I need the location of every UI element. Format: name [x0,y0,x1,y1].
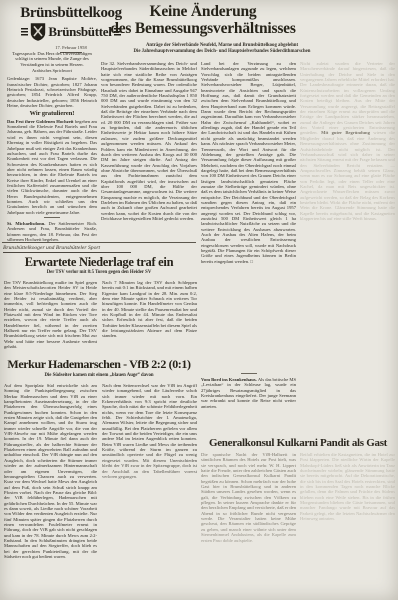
sport-section-label: Brunsbüttelkooger und Brunsbütteler Spor… [3,245,131,253]
item-divider [44,217,60,218]
column-3-text-2: wiesen die Mitglieder darauf hin, daß ei… [300,130,395,221]
ornament-left-icon [21,28,28,36]
column-2-brief-text: Als das britische MS „Leviathan“ in der … [201,377,296,409]
gast-column-1: Die spanische Nacht der VfB-Halbzeit in … [201,452,296,595]
sport2-column-2: Nach dem Seitenwechsel war der VfB im An… [102,383,197,596]
column-3-bold-lead: Mit guter Begründung [321,130,373,135]
sport2-subhead: Die Südseiter kamen mit einem „blauen Au… [0,373,198,378]
gast-headline: Generalkonsul Kulkarni Pandit als Gast [200,437,396,449]
coat-of-arms-icon [30,22,46,42]
item-divider [241,373,257,374]
tagesspruch-source: Arabisches Sprichwort [7,68,97,73]
left-column: Tagesspruch: Das Herz des Unverständigen… [7,51,97,242]
main-headline: Keine Änderung des Bemessungsverhältniss… [98,3,308,37]
sport-section-rule [2,242,196,243]
main-headline-line1: Keine Änderung [98,3,308,20]
tagesspruch: Tagesspruch: Das Herz des Unverständigen… [7,51,97,67]
left-brief-1: St. Michaelisdonn. Der Sattlermeister Ri… [7,221,97,242]
main-article-column-3: Nicht zuletzt wurden die Vertreter der M… [300,61,395,433]
gratulieren-paragraph: Das Fest ihrer Goldenen Hochzeit begehen… [7,119,97,215]
column-2-brief-lead: Vom Bord ins Krankenhaus. [201,377,258,382]
newspaper-page: Brünsbüttelkoog Brünsbüttel 17. Februar … [0,0,398,600]
gratulieren-text: begehen am Sonnabend die Eheleute Paul B… [7,119,97,215]
gratulieren-heading: Wir gratulieren! [7,111,97,116]
gratulieren-lead: Das Fest ihrer Goldenen Hochzeit [7,119,75,124]
sport1-column-2: Nach 7 Minuten lag der TSV durch Schlepp… [102,280,197,355]
gast-column-2: Beifall erhielten die Kastagnetten, die … [300,452,395,595]
main-headline-line2: des Bemessungsverhältnisses [98,20,308,37]
main-subhead-line2: Die Jahreshauptversammlung des Deich- un… [92,49,352,55]
main-subhead: Anträge der Sielverbände Neufeld, Marne … [92,43,352,55]
sport1-column-1: Der TSV Brunsbüttelkoog mußte im Spiel g… [4,280,97,355]
main-article-column-1: Die 32. Sielverbandsversammlung des Deic… [101,61,197,244]
sport1-subhead: Der TSV verlor mit 8:5 Toren gegen den H… [0,270,198,275]
gedenktage: Gedenktage: 1673 Jean Baptiste Molière, … [7,76,97,108]
main-article-column-2: Land bei der Verzinsung zu den Sielverba… [201,61,296,437]
sport2-headline: Merkur Hademarschen - VfB 2:2 (0:1) [0,357,198,372]
sport2-column-1: Auf dem Sportplatz Süd entwickelte sich … [4,383,97,596]
sport1-headline: Erwartete Niederlage traf ein [0,255,198,270]
main-article-column-2-text: Land bei der Verzinsung zu den Sielverba… [201,61,296,371]
brief1-lead: St. Michaelisdonn. [7,221,49,226]
column-3-text-1: Nicht zuletzt wurden die Vertreter der M… [300,61,395,135]
column-2-brief: Vom Bord ins Krankenhaus. Als das britis… [201,377,296,409]
